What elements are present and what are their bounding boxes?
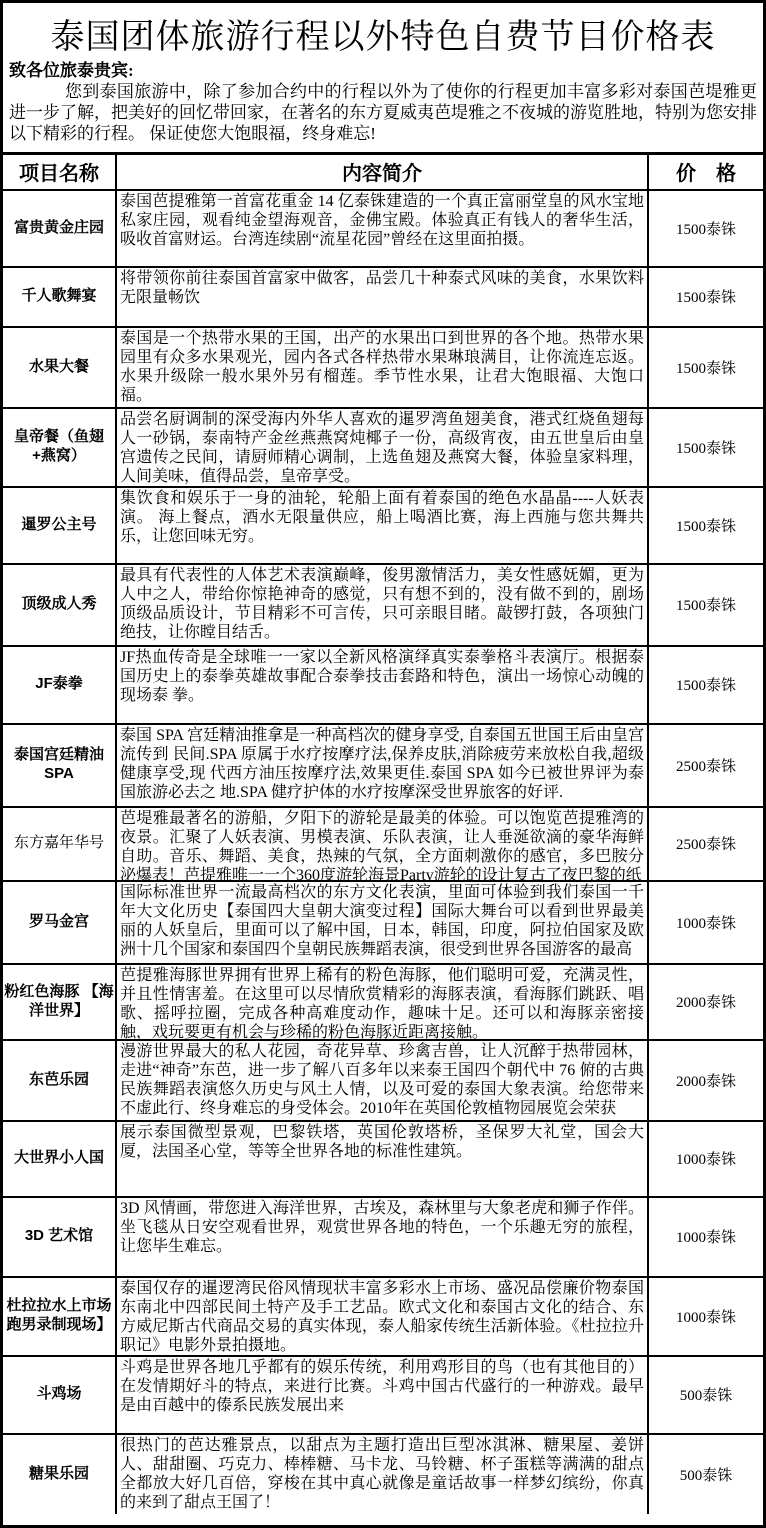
item-description-text: 最具有代表性的人体艺术表演巅峰，俊男激情活力，美女性感妩媚，更为人中之人，带给你… <box>117 565 647 645</box>
item-name-cell: 3D 艺术馆 <box>3 1197 116 1277</box>
item-description-cell: 集饮食和娱乐于一身的油轮，轮船上面有着泰国的绝色水晶晶----人妖表演。 海上餐… <box>116 487 648 564</box>
item-name-cell: 泰国宫廷精油SPA <box>3 724 116 807</box>
item-description-text: 斗鸡是世界各地几乎都有的娱乐传统，利用鸡形目的鸟（也有其他目的）在发情期好斗的特… <box>117 1357 647 1433</box>
table-row: 斗鸡场 斗鸡是世界各地几乎都有的娱乐传统，利用鸡形目的鸟（也有其他目的）在发情期… <box>3 1356 763 1434</box>
item-price-cell: 1500泰铢 <box>648 267 763 327</box>
item-description-cell: 将带领你前往泰国首富家中做客，品尝几十种泰式风味的美食，水果饮料无限量畅饮 <box>116 267 648 327</box>
table-row: 东芭乐园 漫游世界最大的私人花园，奇花异草、珍禽吉兽，让人沉醉于热带园林，走进“… <box>3 1040 763 1121</box>
item-price-cell: 1500泰铢 <box>648 190 763 267</box>
item-price-cell: 1500泰铢 <box>648 646 763 724</box>
item-name-cell: 皇帝餐（鱼翅+燕窝） <box>3 408 116 487</box>
item-name-cell: 糖果乐园 <box>3 1434 116 1514</box>
table-body: 富贵黄金庄园 泰国芭提雅第一首富花重金 14 亿泰铢建造的一个真正富丽堂皇的风水… <box>3 190 763 1514</box>
item-name-cell: 杜拉拉水上市场跑男录制现场】 <box>3 1277 116 1356</box>
item-description-text: 很热门的芭达雅景点，以甜点为主题打造出巨型冰淇淋、糖果屋、姜饼人、甜甜圈、巧克力… <box>117 1435 647 1514</box>
item-name-cell: 东方嘉年华号 <box>3 807 116 881</box>
item-description-text: 泰国是一个热带水果的王国，出产的水果出口到世界的各个地。热带水果园里有众多水果观… <box>117 328 647 407</box>
item-description-cell: 最具有代表性的人体艺术表演巅峰，俊男激情活力，美女性感妩媚，更为人中之人，带给你… <box>116 564 648 646</box>
item-description-cell: 泰国芭提雅第一首富花重金 14 亿泰铢建造的一个真正富丽堂皇的风水宝地私家庄园，… <box>116 190 648 267</box>
item-description-cell: 很热门的芭达雅景点，以甜点为主题打造出巨型冰淇淋、糖果屋、姜饼人、甜甜圈、巧克力… <box>116 1434 648 1514</box>
table-row: JF泰拳 JF热血传奇是全球唯一一家以全新风格演绎真实泰拳格斗表演厅。根据泰国历… <box>3 646 763 724</box>
table-row: 东方嘉年华号 芭堤雅最著名的游船，夕阳下的游轮是最美的体验。可以饱览芭提雅湾的夜… <box>3 807 763 881</box>
header-price: 价 格 <box>648 154 763 190</box>
item-description-text: 泰国芭提雅第一首富花重金 14 亿泰铢建造的一个真正富丽堂皇的风水宝地私家庄园，… <box>117 191 647 266</box>
item-name-cell: 大世界小人国 <box>3 1121 116 1197</box>
item-name-cell: 粉红色海豚 【海洋世界】 <box>3 964 116 1040</box>
table-row: 水果大餐 泰国是一个热带水果的王国，出产的水果出口到世界的各个地。热带水果园里有… <box>3 327 763 408</box>
table-row: 泰国宫廷精油SPA 泰国 SPA 宫廷精油推拿是一种高档次的健身享受, 自泰国五… <box>3 724 763 807</box>
item-description-text: 国际标准世界一流最高档次的东方文化表演，里面可体验到我们泰国一千年大文化历史【泰… <box>117 882 647 963</box>
item-description-cell: JF热血传奇是全球唯一一家以全新风格演绎真实泰拳格斗表演厅。根据泰国历史上的泰拳… <box>116 646 648 724</box>
item-price-cell: 1500泰铢 <box>648 564 763 646</box>
item-description-text: 芭提雅海豚世界拥有世界上稀有的粉色海豚，他们聪明可爱，充满灵性，并且性情害羞。在… <box>117 965 647 1039</box>
item-price-cell: 500泰铢 <box>648 1356 763 1434</box>
table-row: 糖果乐园 很热门的芭达雅景点，以甜点为主题打造出巨型冰淇淋、糖果屋、姜饼人、甜甜… <box>3 1434 763 1514</box>
item-price-cell: 2500泰铢 <box>648 807 763 881</box>
table-row: 富贵黄金庄园 泰国芭提雅第一首富花重金 14 亿泰铢建造的一个真正富丽堂皇的风水… <box>3 190 763 267</box>
item-price-cell: 1000泰铢 <box>648 1121 763 1197</box>
table-row: 粉红色海豚 【海洋世界】 芭提雅海豚世界拥有世界上稀有的粉色海豚，他们聪明可爱，… <box>3 964 763 1040</box>
item-description-text: 展示泰国微型景观，巴黎铁塔，英国伦敦塔桥，圣保罗大礼堂，国会大厦，法国圣心堂，等… <box>117 1122 647 1196</box>
item-description-cell: 泰国仅存的暹逻湾民俗风情现状丰富多彩水上市场、盛况品偿廉价物泰国东南北中四部民间… <box>116 1277 648 1356</box>
table-row: 3D 艺术馆 3D 风情画，带您进入海洋世界，古埃及，森林里与大象老虎和狮子作伴… <box>3 1197 763 1277</box>
item-description-text: 泰国仅存的暹逻湾民俗风情现状丰富多彩水上市场、盛况品偿廉价物泰国东南北中四部民间… <box>117 1278 647 1355</box>
item-price-cell: 1500泰铢 <box>648 487 763 564</box>
item-name-cell: JF泰拳 <box>3 646 116 724</box>
item-price-cell: 2000泰铢 <box>648 964 763 1040</box>
table-row: 大世界小人国 展示泰国微型景观，巴黎铁塔，英国伦敦塔桥，圣保罗大礼堂，国会大厦，… <box>3 1121 763 1197</box>
item-name-cell: 罗马金宫 <box>3 881 116 964</box>
item-name-cell: 富贵黄金庄园 <box>3 190 116 267</box>
table-row: 罗马金宫 国际标准世界一流最高档次的东方文化表演，里面可体验到我们泰国一千年大文… <box>3 881 763 964</box>
item-description-text: 将带领你前往泰国首富家中做客，品尝几十种泰式风味的美食，水果饮料无限量畅饮 <box>117 268 647 326</box>
header-description: 内容简介 <box>116 154 648 190</box>
item-name-cell: 暹罗公主号 <box>3 487 116 564</box>
table-row: 千人歌舞宴 将带领你前往泰国首富家中做客，品尝几十种泰式风味的美食，水果饮料无限… <box>3 267 763 327</box>
item-description-cell: 泰国是一个热带水果的王国，出产的水果出口到世界的各个地。热带水果园里有众多水果观… <box>116 327 648 408</box>
item-price-cell: 2000泰铢 <box>648 1040 763 1121</box>
item-description-text: 集饮食和娱乐于一身的油轮，轮船上面有着泰国的绝色水晶晶----人妖表演。 海上餐… <box>117 488 647 563</box>
item-name-cell: 千人歌舞宴 <box>3 267 116 327</box>
item-description-text: 品尝名厨调制的深受海内外华人喜欢的暹罗湾鱼翅美食，港式红烧鱼翅每人一砂锅，泰南特… <box>117 409 647 486</box>
item-description-text: 芭堤雅最著名的游船，夕阳下的游轮是最美的体验。可以饱览芭提雅湾的夜景。汇聚了人妖… <box>117 808 647 880</box>
item-name-cell: 水果大餐 <box>3 327 116 408</box>
item-description-cell: 斗鸡是世界各地几乎都有的娱乐传统，利用鸡形目的鸟（也有其他目的）在发情期好斗的特… <box>116 1356 648 1434</box>
table-row: 暹罗公主号 集饮食和娱乐于一身的油轮，轮船上面有着泰国的绝色水晶晶----人妖表… <box>3 487 763 564</box>
item-description-cell: 漫游世界最大的私人花园，奇花异草、珍禽吉兽，让人沉醉于热带园林，走进“神奇”东芭… <box>116 1040 648 1121</box>
item-description-cell: 芭提雅海豚世界拥有世界上稀有的粉色海豚，他们聪明可爱，充满灵性，并且性情害羞。在… <box>116 964 648 1040</box>
table-row: 皇帝餐（鱼翅+燕窝） 品尝名厨调制的深受海内外华人喜欢的暹罗湾鱼翅美食，港式红烧… <box>3 408 763 487</box>
item-description-cell: 品尝名厨调制的深受海内外华人喜欢的暹罗湾鱼翅美食，港式红烧鱼翅每人一砂锅，泰南特… <box>116 408 648 487</box>
item-price-cell: 2500泰铢 <box>648 724 763 807</box>
item-price-cell: 1000泰铢 <box>648 881 763 964</box>
item-description-text: JF热血传奇是全球唯一一家以全新风格演绎真实泰拳格斗表演厅。根据泰国历史上的泰拳… <box>117 647 647 723</box>
table-row: 顶级成人秀 最具有代表性的人体艺术表演巅峰，俊男激情活力，美女性感妩媚，更为人中… <box>3 564 763 646</box>
page-title: 泰国团体旅游行程以外特色自费节目价格表 <box>7 9 759 58</box>
item-price-cell: 1000泰铢 <box>648 1277 763 1356</box>
document-page: 泰国团体旅游行程以外特色自费节目价格表 致各位旅泰贵宾: 您到泰国旅游中，除了参… <box>0 0 766 1528</box>
item-description-cell: 泰国 SPA 宫廷精油推拿是一种高档次的健身享受, 自泰国五世国王后由皇宫流传到… <box>116 724 648 807</box>
item-name-cell: 东芭乐园 <box>3 1040 116 1121</box>
item-description-cell: 展示泰国微型景观，巴黎铁塔，英国伦敦塔桥，圣保罗大礼堂，国会大厦，法国圣心堂，等… <box>116 1121 648 1197</box>
table-row: 杜拉拉水上市场跑男录制现场】 泰国仅存的暹逻湾民俗风情现状丰富多彩水上市场、盛况… <box>3 1277 763 1356</box>
item-price-cell: 1500泰铢 <box>648 327 763 408</box>
price-table: 项目名称 内容简介 价 格 富贵黄金庄园 泰国芭提雅第一首富花重金 14 亿泰铢… <box>3 152 763 1514</box>
header-item-name: 项目名称 <box>3 154 116 190</box>
item-description-text: 漫游世界最大的私人花园，奇花异草、珍禽吉兽，让人沉醉于热带园林，走进“神奇”东芭… <box>117 1041 647 1120</box>
item-description-text: 泰国 SPA 宫廷精油推拿是一种高档次的健身享受, 自泰国五世国王后由皇宫流传到… <box>117 725 647 806</box>
item-description-text: 3D 风情画，带您进入海洋世界，古埃及，森林里与大象老虎和狮子作伴。坐飞毯从日安… <box>117 1198 647 1276</box>
intro-section: 致各位旅泰贵宾: 您到泰国旅游中，除了参加合约中的行程以外为了使你的行程更加丰富… <box>3 60 763 152</box>
item-price-cell: 1000泰铢 <box>648 1197 763 1277</box>
item-description-cell: 芭堤雅最著名的游船，夕阳下的游轮是最美的体验。可以饱览芭提雅湾的夜景。汇聚了人妖… <box>116 807 648 881</box>
item-price-cell: 500泰铢 <box>648 1434 763 1514</box>
item-description-cell: 国际标准世界一流最高档次的东方文化表演，里面可体验到我们泰国一千年大文化历史【泰… <box>116 881 648 964</box>
item-name-cell: 顶级成人秀 <box>3 564 116 646</box>
item-price-cell: 1500泰铢 <box>648 408 763 487</box>
intro-heading: 致各位旅泰贵宾: <box>9 60 757 81</box>
intro-paragraph: 您到泰国旅游中，除了参加合约中的行程以外为了使你的行程更加丰富多彩对泰国芭堤雅更… <box>9 81 757 144</box>
item-description-cell: 3D 风情画，带您进入海洋世界，古埃及，森林里与大象老虎和狮子作伴。坐飞毯从日安… <box>116 1197 648 1277</box>
item-name-cell: 斗鸡场 <box>3 1356 116 1434</box>
table-header-row: 项目名称 内容简介 价 格 <box>3 154 763 190</box>
